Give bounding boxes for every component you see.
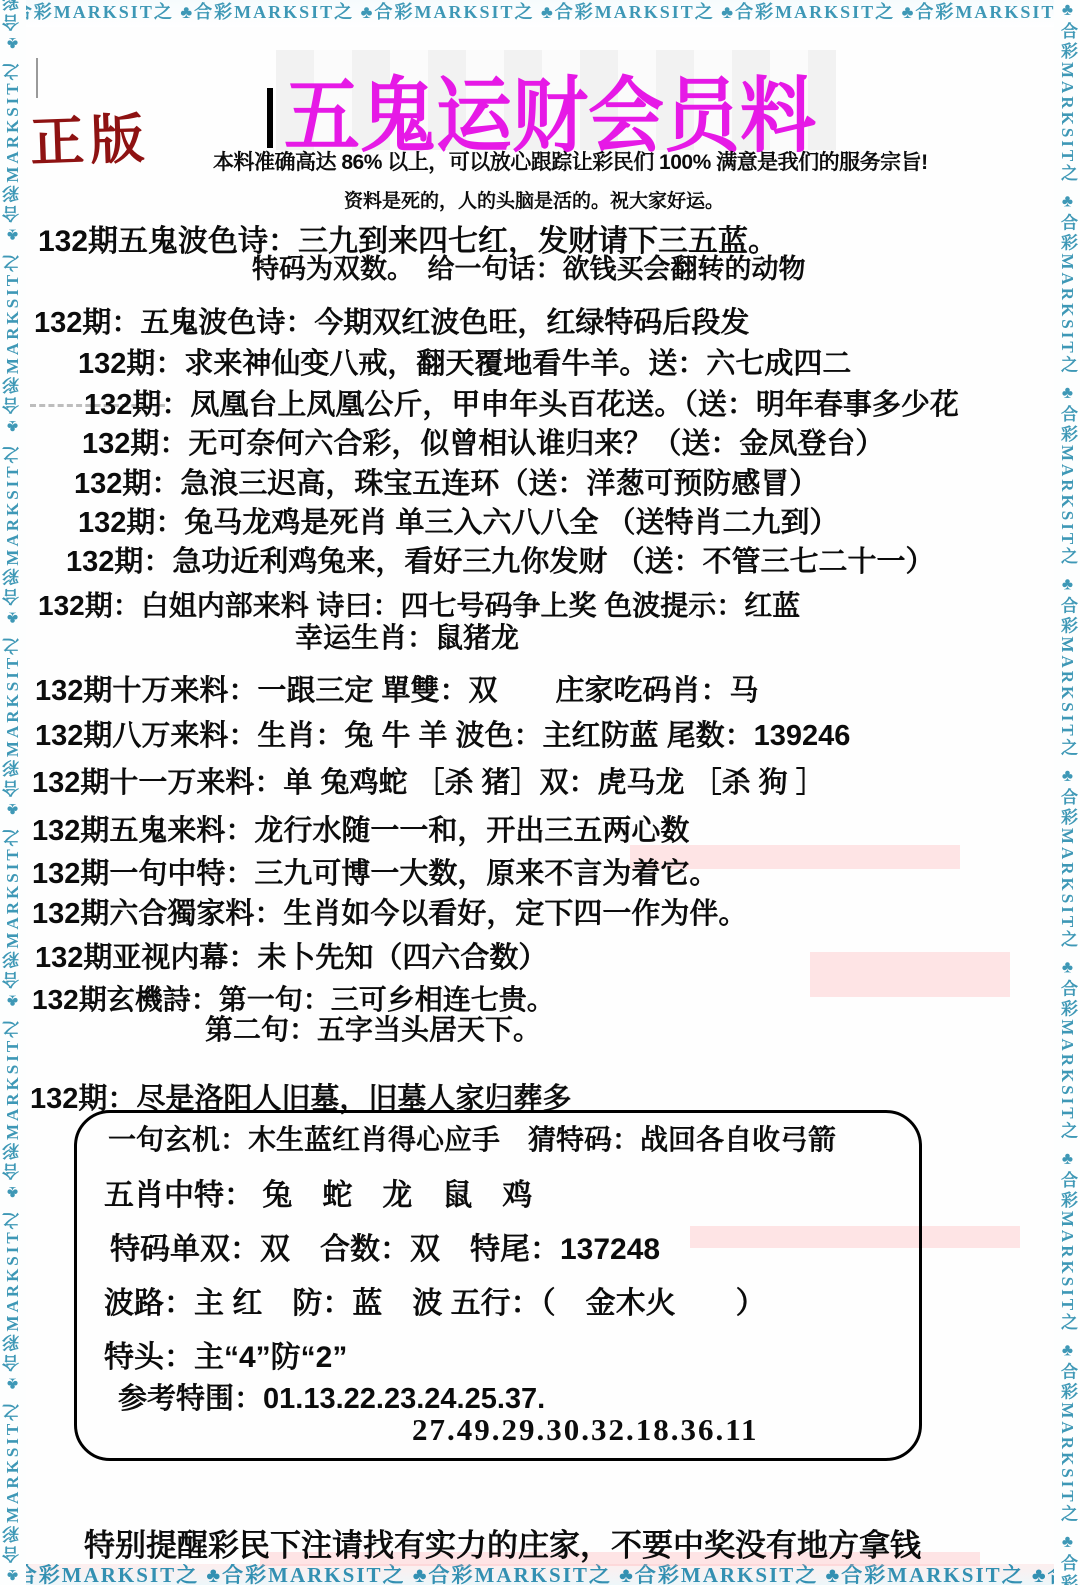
scan-artifact [810, 952, 1010, 997]
tip-line: 幸运生肖：鼠猪龙 [295, 616, 519, 656]
border-pattern-top: ♣合彩MARKSIT之 ♣合彩MARKSIT之 ♣合彩MARKSIT之 ♣合彩M… [0, 0, 1080, 27]
tip-line: 132期一句中特：三九可博一大数，原来不言为着它。 [32, 851, 718, 892]
genuine-badge: 正版 [29, 96, 152, 177]
tip-sheet-page: ♣合彩MARKSIT之 ♣合彩MARKSIT之 ♣合彩MARKSIT之 ♣合彩M… [0, 0, 1080, 1585]
tip-line: 132期：兔马龙鸡是死肖 单三入六八八全 （送特肖二九到） [78, 500, 839, 541]
tip-line: 132期：凤凰台上凤凰公斤，甲申年头百花送。（送：明年春事多少花 [84, 382, 959, 423]
title-accent-bar [267, 88, 273, 148]
prediction-line: 波路：主 红 防：蓝 波 五行：（ 金木火 ） [104, 1278, 766, 1322]
tip-line: 132期十万来料：一跟三定 單雙：双 庄家吃码肖：马 [35, 668, 758, 709]
border-pattern-left: ♣合彩MARKSIT之 ♣合彩MARKSIT之 ♣合彩MARKSIT之 ♣合彩M… [0, 0, 26, 1585]
prediction-line: 特码单双：双 合数：双 特尾：137248 [110, 1224, 660, 1268]
scan-artifact [36, 58, 38, 98]
tip-line: 132期：急浪三迟高，珠宝五连环（送：洋葱可预防感冒） [74, 461, 818, 502]
border-pattern-bottom: ♣合彩MARKSIT之 ♣合彩MARKSIT之 ♣合彩MARKSIT之 ♣合彩M… [0, 1564, 1080, 1585]
prediction-line: 参考特围：01.13.22.23.24.25.37. [118, 1376, 545, 1417]
tip-line: 132期：无可奈何六合彩，似曾相认谁归来？（送：金凤登台） [82, 421, 884, 462]
tip-line: 132期八万来料：生肖：兔 牛 羊 波色：主红防蓝 尾数：139246 [35, 713, 850, 754]
tip-line: 132期亚视内幕：未卜先知（四六合数） [35, 935, 547, 976]
accuracy-claim: 本料准确高达 86% 以上，可以放心跟踪让彩民们 100% 满意是我们的服务宗旨… [213, 146, 928, 176]
prediction-line: 特头：主“4”防“2” [104, 1332, 347, 1376]
tip-line: 132期：求来神仙变八戒，翻天覆地看牛羊。送：六七成四二 [78, 341, 851, 382]
prediction-line: 一句玄机：木生蓝红肖得心应手 猜特码：战回各自收弓箭 [108, 1118, 836, 1158]
border-pattern-right: ♣合彩MARKSIT之 ♣合彩MARKSIT之 ♣合彩MARKSIT之 ♣合彩M… [1054, 0, 1080, 1585]
motto-line: 资料是死的，人的头脑是活的。祝大家好运。 [344, 186, 724, 213]
tip-line: 132期六合獨家料：生肖如今以看好，定下四一作为伴。 [32, 891, 747, 932]
tip-line: 132期十一万来料：单 兔鸡蛇 ［杀 猪］双：虎马龙 ［杀 狗 ］ [32, 760, 825, 801]
tip-line: 132期：五鬼波色诗：今期双红波色旺，红绿特码后段发 [34, 300, 749, 341]
tip-line: 第二句：五字当头居天下。 [205, 1008, 541, 1048]
prediction-line: 五肖中特： 兔 蛇 龙 鼠 鸡 [104, 1170, 532, 1214]
tip-line: 132期五鬼来料：龙行水随一一和，开出三五两心数 [32, 808, 689, 849]
footer-reminder: 特别提醒彩民下注请找有实力的庄家，不要中奖没有地方拿钱 [84, 1520, 921, 1565]
prediction-line: 27.49.29.30.32.18.36.11 [412, 1412, 759, 1448]
tip-line: 132期：急功近利鸡兔来，看好三九你发财 （送：不管三七二十一） [66, 539, 934, 580]
tip-line: 特码为双数。 给一句话：欲钱买会翻转的动物 [252, 247, 806, 286]
